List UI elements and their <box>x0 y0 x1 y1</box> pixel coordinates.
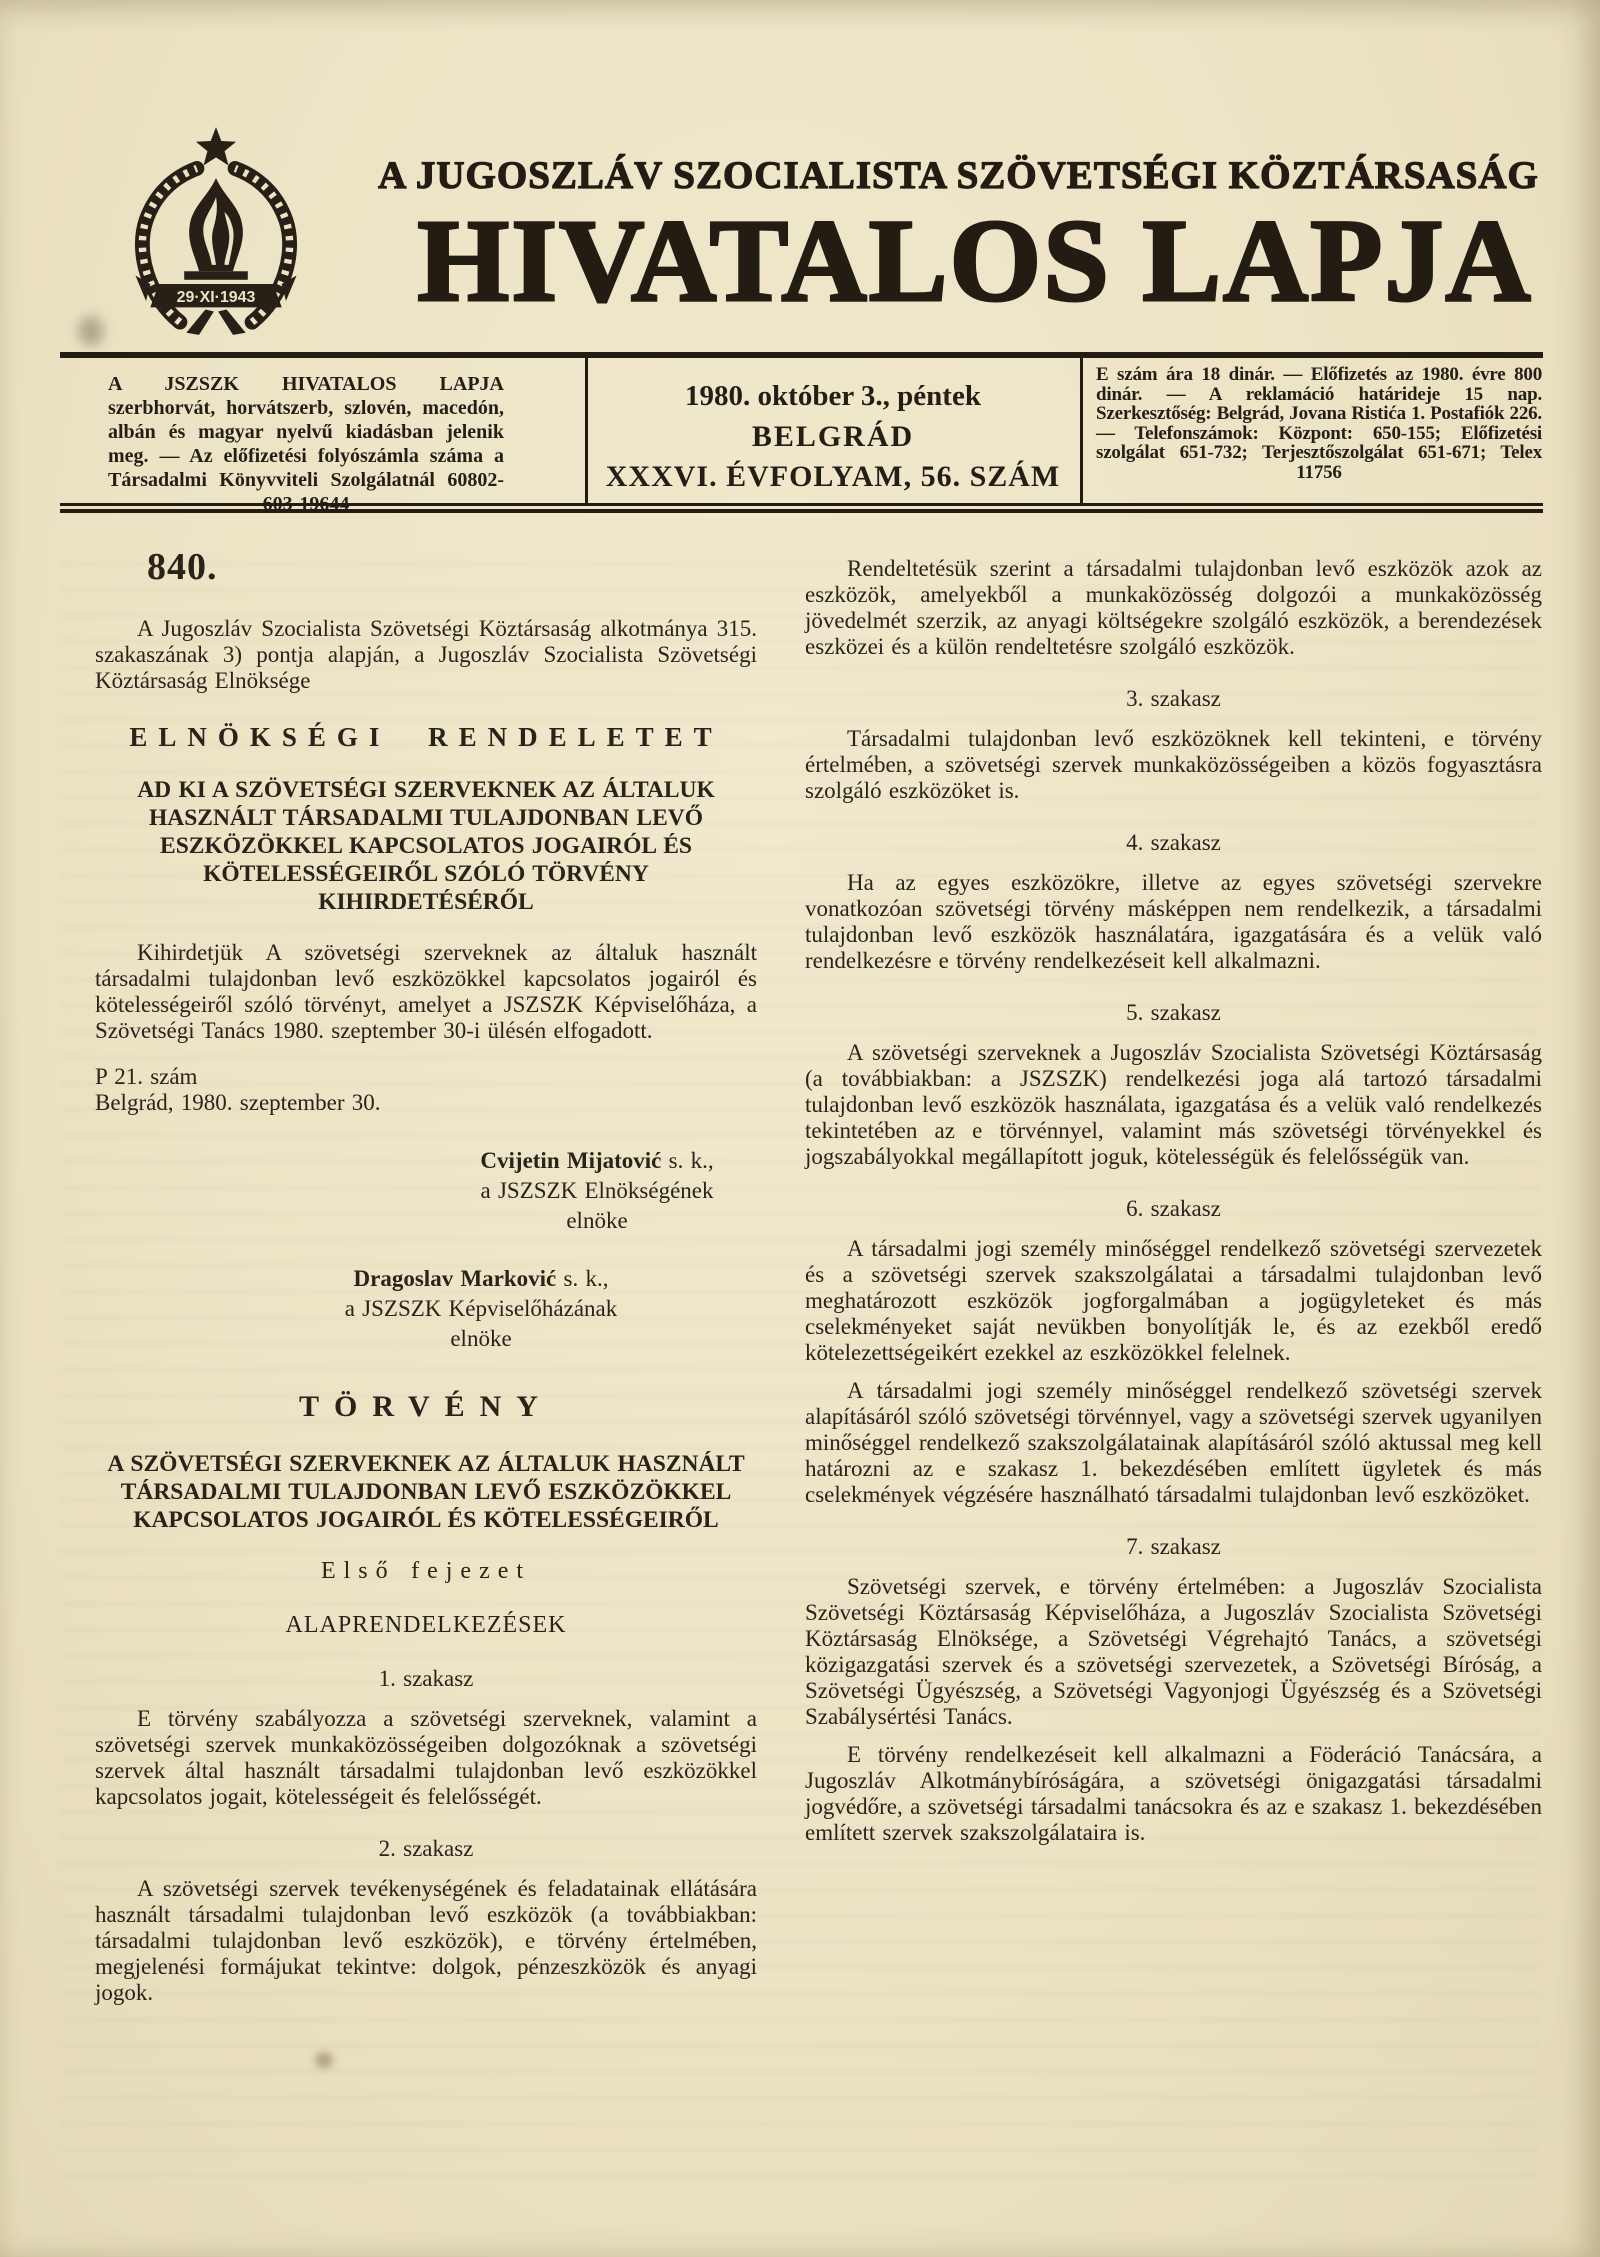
section-6-text-2: A társadalmi jogi személy minőséggel ren… <box>805 1378 1542 1508</box>
law-title: A SZÖVETSÉGI SZERVEKNEK AZ ÁLTALUK HASZN… <box>95 1450 757 1534</box>
gazette-page: 29·XI·1943 A JUGOSZLÁV SZOCIALISTA SZÖVE… <box>0 0 1600 2257</box>
section-3-heading: 3. szakasz <box>805 686 1542 712</box>
price-subscription-note: E szám ára 18 dinár. — Előfizetés az 198… <box>1096 365 1542 482</box>
section-6-text-1: A társadalmi jogi személy minőséggel ren… <box>805 1236 1542 1366</box>
infobar-top-rule <box>60 352 1543 358</box>
paper-stain <box>78 316 104 346</box>
section-3-text: Társadalmi tulajdonban levő eszközöknek … <box>805 726 1542 804</box>
paper-stain <box>315 2052 333 2068</box>
decree-title: AD KI A SZÖVETSÉGI SZERVEKNEK AZ ÁLTALUK… <box>95 776 757 916</box>
signature-block-president-presidency: Cvijetin Mijatović s. k., a JSZSZK Elnök… <box>437 1146 757 1236</box>
section-5-heading: 5. szakasz <box>805 1000 1542 1026</box>
signature-line: Cvijetin Mijatović s. k., <box>437 1146 757 1176</box>
section-7-text-1: Szövetségi szervek, e törvény értelmében… <box>805 1574 1542 1730</box>
signatory-title: a JSZSZK Képviselőházának <box>271 1294 691 1324</box>
signatory-title: a JSZSZK Elnökségének <box>437 1176 757 1206</box>
masthead-title: HIVATALOS LAPJA <box>398 202 1552 320</box>
proclamation-paragraph: Kihirdetjük A szövetségi szerveknek az á… <box>95 940 757 1044</box>
issue-info-cell: 1980. október 3., péntek BELGRÁD XXXVI. … <box>592 380 1074 494</box>
article-number: 840. <box>147 548 757 586</box>
chapter-heading: Első fejezet <box>95 1558 757 1584</box>
infobar-bottom-rule <box>60 503 1543 513</box>
star-icon <box>196 127 236 165</box>
section-2-heading: 2. szakasz <box>95 1836 757 1862</box>
section-2-text-continued: Rendeltetésük szerint a társadalmi tulaj… <box>805 556 1542 660</box>
section-4-text: Ha az egyes eszközökre, illetve az egyes… <box>805 870 1542 974</box>
emblem-date: 29·XI·1943 <box>177 289 256 306</box>
issue-volume-number: XXXVI. ÉVFOLYAM, 56. SZÁM <box>606 460 1061 494</box>
section-5-text: A szövetségi szerveknek a Jugoszláv Szoc… <box>805 1040 1542 1170</box>
publication-languages-note: A JSZSZK HIVATALOS LAPJA szerbhorvát, ho… <box>108 372 504 516</box>
chapter-title: ALAPRENDELKEZÉSEK <box>95 1612 757 1638</box>
signature-block-president-assembly: Dragoslav Marković s. k., a JSZSZK Képvi… <box>271 1264 691 1354</box>
signature-line: Dragoslav Marković s. k., <box>271 1264 691 1294</box>
decree-intro-paragraph: A Jugoszláv Szocialista Szövetségi Köztá… <box>95 616 757 694</box>
infobar-divider <box>1080 358 1083 503</box>
document-number: P 21. szám <box>95 1064 757 1090</box>
infobar-divider <box>585 358 588 503</box>
signatory-name: Dragoslav Marković <box>354 1266 557 1291</box>
section-1-text: E törvény szabályozza a szövetségi szerv… <box>95 1706 757 1810</box>
section-7-heading: 7. szakasz <box>805 1534 1542 1560</box>
law-heading: TÖRVÉNY <box>95 1394 757 1420</box>
left-column: 840. A Jugoszláv Szocialista Szövetségi … <box>95 540 757 2018</box>
section-7-text-2: E törvény rendelkezéseit kell alkalmazni… <box>805 1742 1542 1846</box>
document-place-date: Belgrád, 1980. szeptember 30. <box>95 1090 757 1116</box>
signatory-role: elnöke <box>271 1324 691 1354</box>
flame-icon <box>189 178 243 271</box>
signatory-role: elnöke <box>437 1206 757 1236</box>
section-4-heading: 4. szakasz <box>805 830 1542 856</box>
right-column: Rendeltetésük szerint a társadalmi tulaj… <box>805 540 1542 1858</box>
issue-city: BELGRÁD <box>752 420 914 454</box>
section-1-heading: 1. szakasz <box>95 1666 757 1692</box>
decree-heading: ELNÖKSÉGI RENDELETET <box>95 724 757 750</box>
yugoslav-state-emblem-icon: 29·XI·1943 <box>110 124 322 338</box>
signature-suffix: s. k., <box>556 1266 608 1291</box>
issue-date: 1980. október 3., péntek <box>685 380 981 413</box>
signature-suffix: s. k., <box>661 1148 713 1173</box>
kicker-line: A JUGOSZLÁV SZOCIALISTA SZÖVETSÉGI KÖZTÁ… <box>372 156 1545 195</box>
section-6-heading: 6. szakasz <box>805 1196 1542 1222</box>
signatory-name: Cvijetin Mijatović <box>480 1148 661 1173</box>
section-2-text: A szövetségi szervek tevékenységének és … <box>95 1876 757 2006</box>
